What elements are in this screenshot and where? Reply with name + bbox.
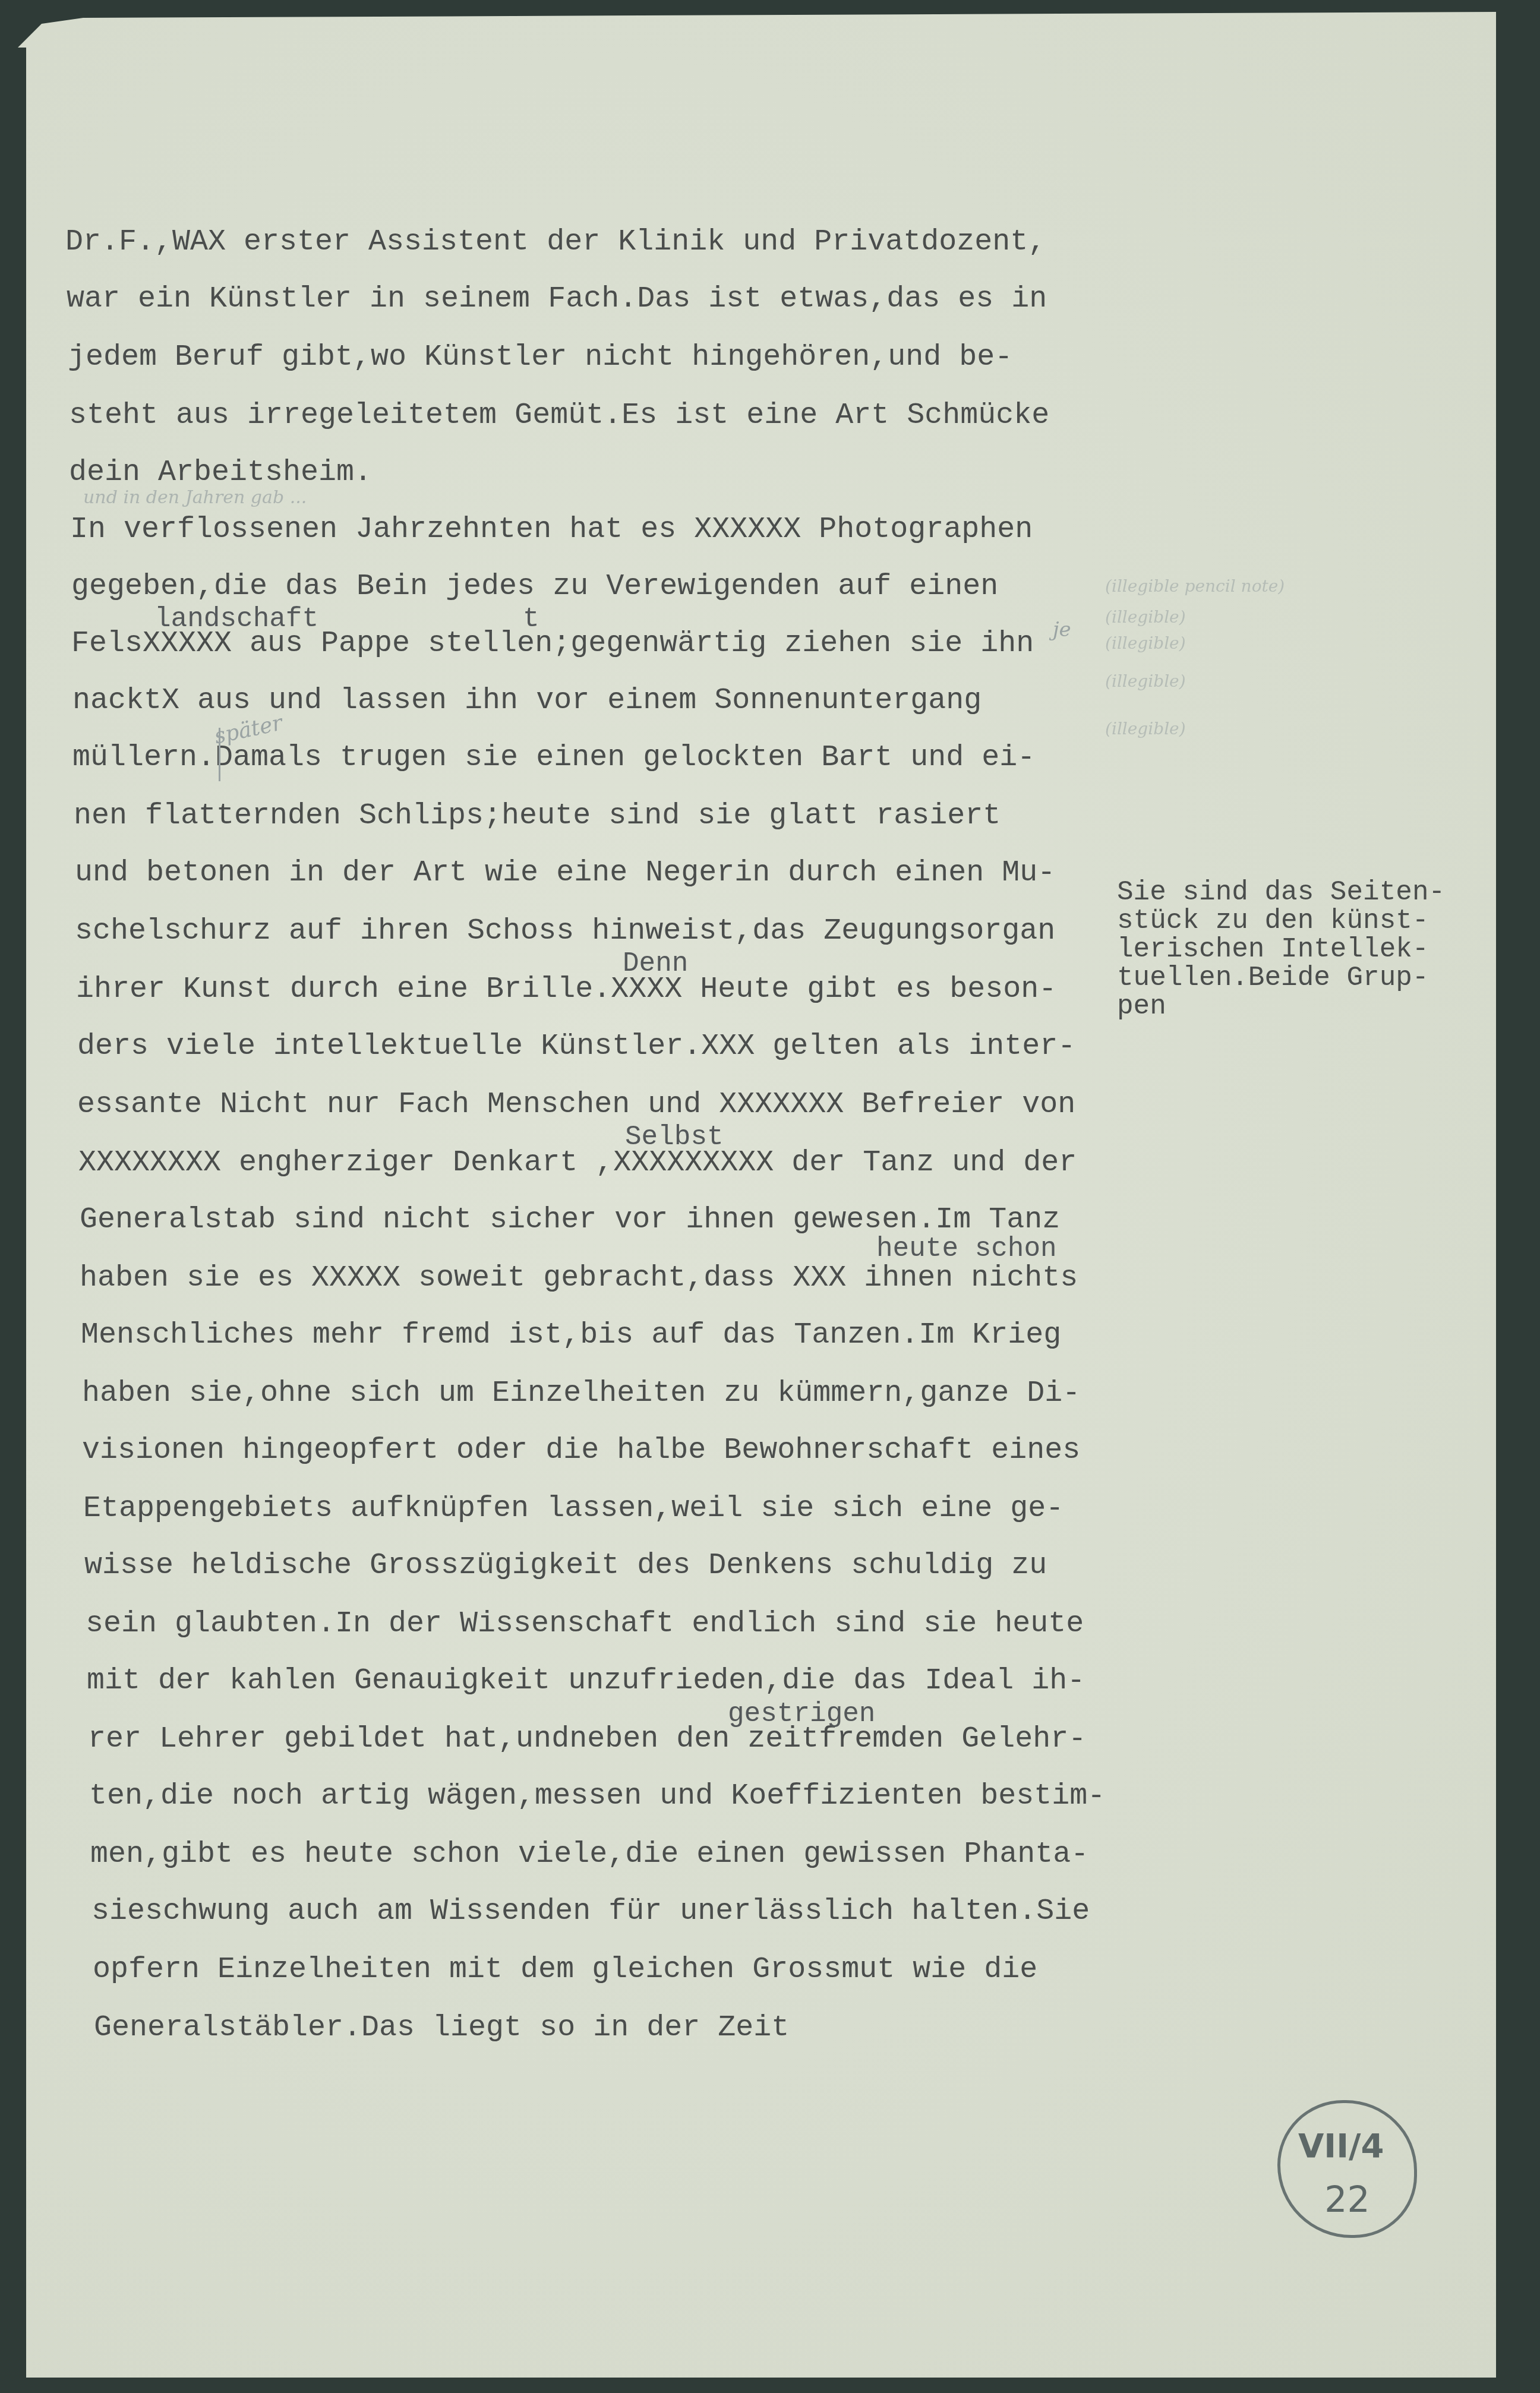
text-line: ten,die noch artig wägen,messen und Koef…: [89, 1779, 1105, 1814]
insertion-t: t: [523, 601, 539, 637]
text-line: nen flatternden Schlips;heute sind sie g…: [74, 798, 1001, 834]
text-line: schelschurz auf ihren Schoss hinweist,da…: [75, 914, 1055, 949]
stamp-page-number: 22: [1280, 2179, 1414, 2221]
insertion-landschaft: landschaft: [154, 601, 318, 637]
archive-stamp: VII/4 22: [1277, 2100, 1417, 2238]
pencil-line: (illegible): [1105, 719, 1186, 738]
text-line: ders viele intellektuelle Künstler.XXX g…: [77, 1029, 1075, 1065]
insertion-heute-schon: heute schon: [876, 1231, 1057, 1267]
text-line: wisse heldische Grosszügigkeit des Denke…: [84, 1548, 1047, 1584]
text-line: steht aus irregeleitetem Gemüt.Es ist ei…: [69, 398, 1049, 434]
pencil-insert-mark: [219, 728, 220, 781]
insertion-gestrigen: gestrigen: [728, 1696, 875, 1732]
text-line: ihrer Kunst durch eine Brille.XXXX Heute…: [76, 972, 1056, 1008]
pencil-line: (illegible): [1105, 633, 1186, 653]
text-line: men,gibt es heute schon viele,die einen …: [90, 1837, 1088, 1873]
pencil-note-je: je: [1053, 618, 1071, 642]
pencil-line: (illegible): [1105, 671, 1186, 691]
text-line: mit der kahlen Genauigkeit unzufrieden,d…: [87, 1663, 1085, 1699]
text-line: visionen hingeopfert oder die halbe Bewo…: [82, 1433, 1080, 1469]
text-line: dein Arbeitsheim.: [69, 455, 372, 491]
stamp-signature: VII/4: [1298, 2127, 1384, 2165]
text-line: und betonen in der Art wie eine Negerin …: [75, 855, 1055, 891]
pencil-line: (illegible pencil note): [1105, 576, 1285, 596]
text-line: haben sie,ohne sich um Einzelheiten zu k…: [82, 1376, 1080, 1412]
insertion-selbst: Selbst: [625, 1119, 724, 1155]
text-line: Generalstäbler.Das liegt so in der Zeit: [94, 2010, 789, 2046]
text-line: gegeben,die das Bein jedes zu Verewigend…: [71, 569, 998, 605]
text-line: sieschwung auch am Wissenden für unerläs…: [91, 1894, 1090, 1930]
insertion-denn: Denn: [623, 946, 688, 981]
text-line: Menschliches mehr fremd ist,bis auf das …: [81, 1318, 1061, 1353]
text-line: sein glaubten.In der Wissenschaft endlic…: [86, 1606, 1084, 1642]
text-line: XXXXXXXX engherziger Denkart ,XXXXXXXXX …: [78, 1145, 1077, 1181]
text-line: war ein Künstler in seinem Fach.Das ist …: [67, 282, 1047, 317]
text-line: Etappengebiets aufknüpfen lassen,weil si…: [83, 1491, 1064, 1527]
text-line: rer Lehrer gebildet hat,undneben den zei…: [88, 1722, 1086, 1757]
text-line: nacktX aus und lassen ihn vor einem Sonn…: [72, 683, 982, 719]
pencil-line: (illegible): [1105, 607, 1186, 627]
text-line: opfern Einzelheiten mit dem gleichen Gro…: [93, 1952, 1037, 1988]
text-line: essante Nicht nur Fach Menschen und XXXX…: [77, 1087, 1075, 1123]
text-line: jedem Beruf gibt,wo Künstler nicht hinge…: [68, 340, 1012, 375]
text-line: In verflossenen Jahrzehnten hat es XXXXX…: [70, 512, 1033, 548]
typed-margin-note: Sie sind das Seiten- stück zu den künst-…: [1117, 878, 1445, 1021]
text-line: Dr.F.,WAX erster Assistent der Klinik un…: [65, 225, 1046, 260]
pencil-margin-note: (illegible pencil note) (illegible) (ill…: [1105, 576, 1438, 743]
